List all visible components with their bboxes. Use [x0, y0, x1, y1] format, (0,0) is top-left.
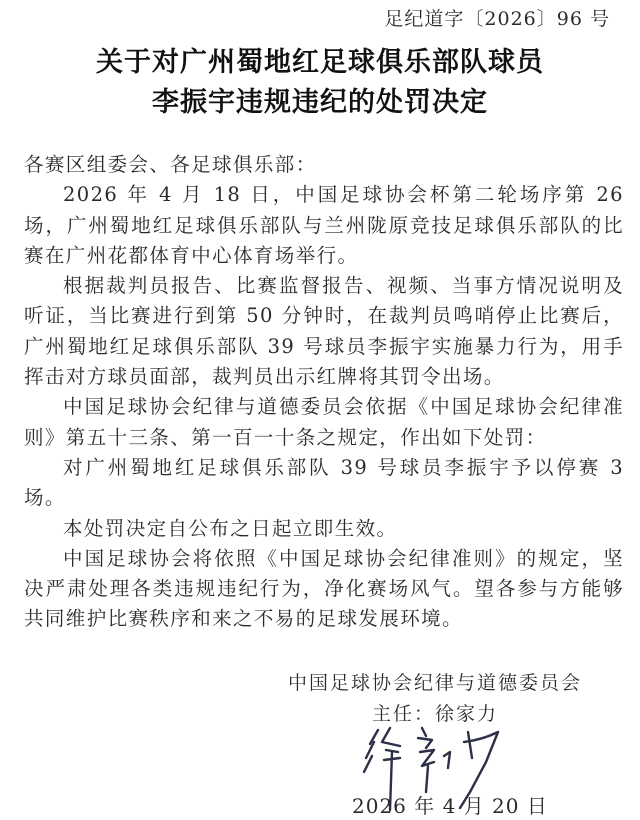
salutation: 各赛区组委会、各足球俱乐部： [24, 150, 624, 180]
paragraph-effective: 本处罚决定自公布之日起立即生效。 [24, 514, 624, 544]
title-line-2: 李振宇违规违纪的处罚决定 [0, 80, 640, 119]
paragraph-basis: 中国足球协会纪律与道德委员会依据《中国足球协会纪律准则》第五十三条、第一百一十条… [24, 392, 624, 453]
signoff-organization: 中国足球协会纪律与道德委员会 [288, 668, 582, 695]
signoff-date: 2026 年 4 月 20 日 [352, 790, 548, 819]
paragraph-findings: 根据裁判员报告、比赛监督报告、视频、当事方情况说明及听证，当比赛进行到第 50 … [24, 271, 624, 392]
paragraph-closing: 中国足球协会将依照《中国足球协会纪律准则》的规定，坚决严肃处理各类违规违纪行为，… [24, 544, 624, 635]
document-number: 足纪道字〔2026〕96 号 [384, 4, 610, 31]
title-line-1: 关于对广州蜀地红足球俱乐部队球员 [0, 40, 640, 79]
paragraph-penalty: 对广州蜀地红足球俱乐部队 39 号球员李振宇予以停赛 3 场。 [24, 453, 624, 514]
paragraph-incident: 2026 年 4 月 18 日，中国足球协会杯第二轮场序第 26 场，广州蜀地红… [24, 180, 624, 271]
document-body: 各赛区组委会、各足球俱乐部： 2026 年 4 月 18 日，中国足球协会杯第二… [24, 150, 624, 635]
